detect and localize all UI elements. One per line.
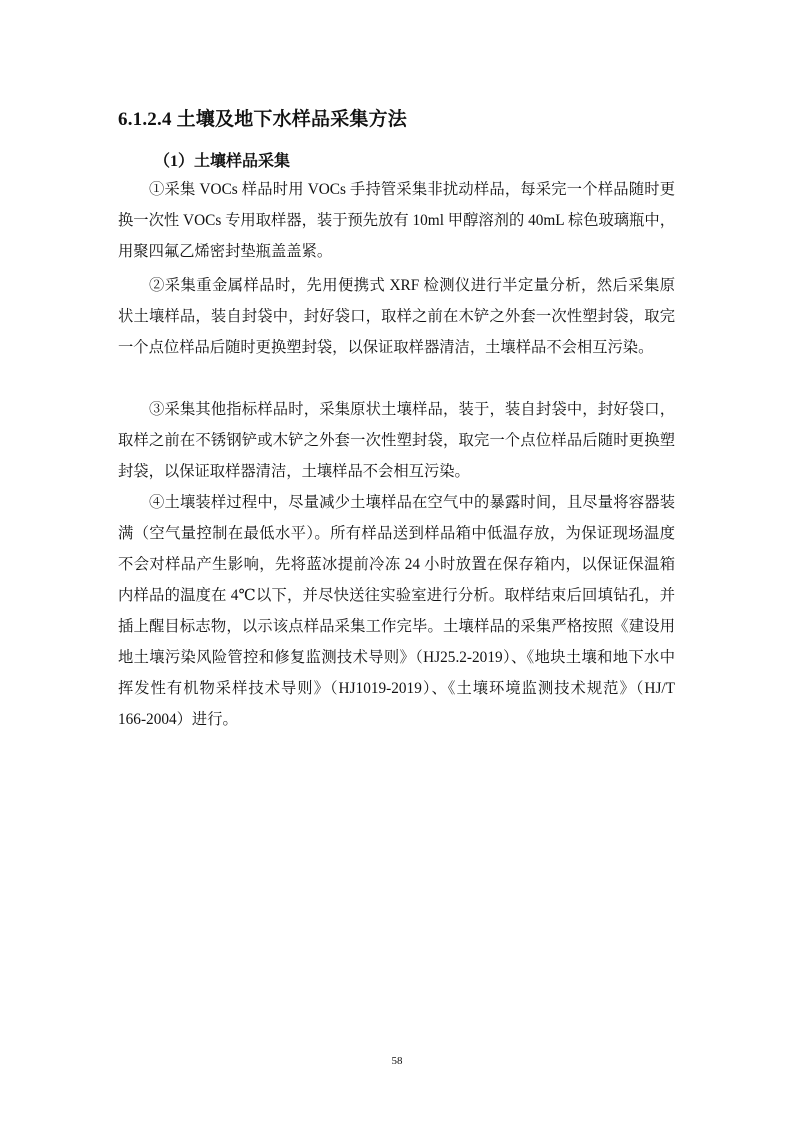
page-number: 58 (0, 1055, 794, 1067)
subsection-heading: （1）土壤样品采集 (154, 148, 290, 171)
section-heading: 6.1.2.4 土壤及地下水样品采集方法 (118, 104, 407, 131)
paragraph-sample-packing: ④土壤装样过程中，尽量减少土壤样品在空气中的暴露时间，且尽量将容器装满（空气量控… (118, 487, 675, 735)
paragraph-other-indicator-sampling: ③采集其他指标样品时，采集原状土壤样品，装于，装自封袋中，封好袋口，取样之前在不… (118, 394, 675, 487)
paragraph-vocs-sampling: ①采集 VOCs 样品时用 VOCs 手持管采集非扰动样品，每采完一个样品随时更… (118, 174, 675, 267)
paragraph-heavy-metal-sampling: ②采集重金属样品时，先用便携式 XRF 检测仪进行半定量分析，然后采集原状土壤样… (118, 270, 675, 363)
